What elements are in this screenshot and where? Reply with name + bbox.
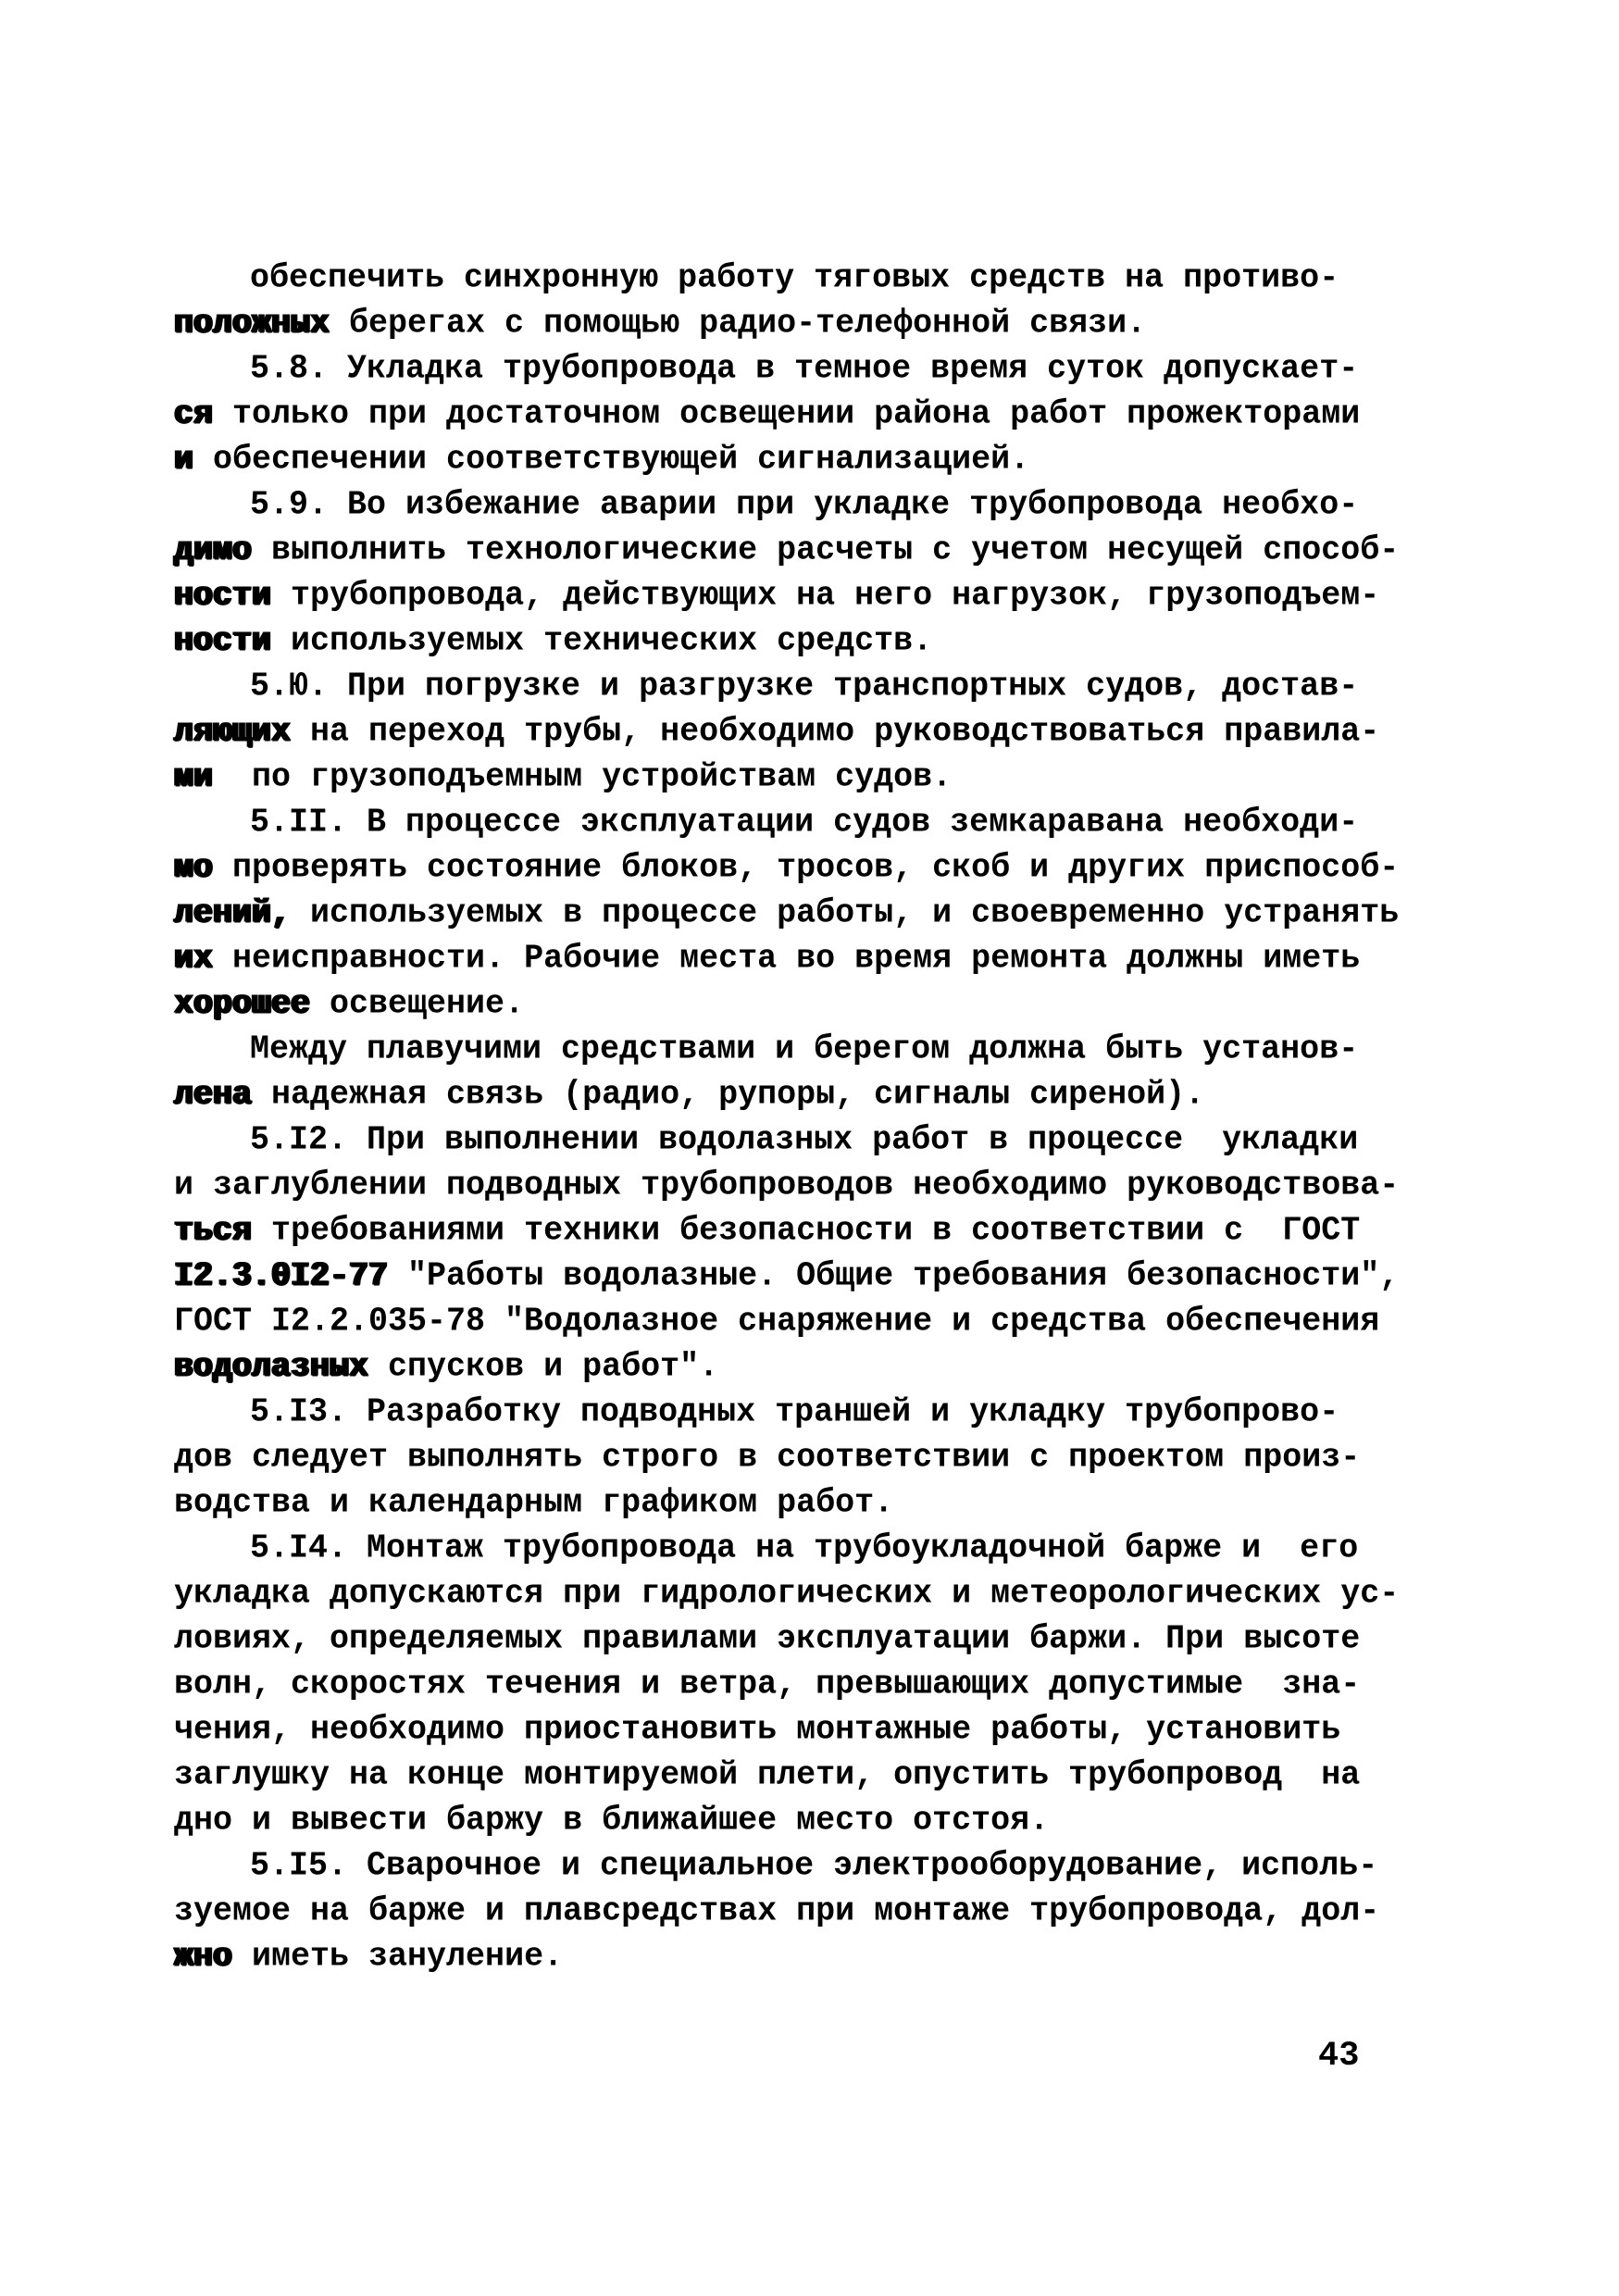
- ink-smudge-word: лена: [174, 1075, 252, 1114]
- text-line: ности трубопровода, действующих на него …: [174, 572, 1442, 619]
- text-line: димо выполнить технологические расчеты с…: [174, 527, 1442, 574]
- text-line: 5.Ю. При погрузке и разгрузке транспортн…: [174, 663, 1442, 710]
- text-line: лений, используемых в процессе работы, и…: [174, 890, 1442, 937]
- text-line: ловиях, определяемых правилами эксплуата…: [174, 1616, 1442, 1663]
- ink-smudge-word: ляющих: [174, 712, 291, 751]
- text-line: ляющих на переход трубы, необходимо руко…: [174, 708, 1442, 755]
- ink-smudge-word: ся: [174, 394, 213, 433]
- text-line: укладка допускаются при гидрологических …: [174, 1570, 1442, 1617]
- text-line: хорошее освещение.: [174, 980, 1442, 1028]
- ink-smudge-word: лений,: [174, 893, 291, 932]
- text-line: водолазных спусков и работ".: [174, 1343, 1442, 1391]
- text-line: ми по грузоподъемным устройствам судов.: [174, 754, 1442, 801]
- text-line: заглушку на конце монтируемой плети, опу…: [174, 1752, 1442, 1799]
- text-line: ГОСТ I2.2.035-78 "Водолазное снаряжение …: [174, 1298, 1442, 1345]
- text-line: 5.I4. Монтаж трубопровода на трубоукладо…: [174, 1525, 1442, 1572]
- ink-smudge-word: ться: [174, 1211, 252, 1250]
- text-line: и обеспечении соответствующей сигнализац…: [174, 436, 1442, 483]
- text-line: волн, скоростях течения и ветра, превыша…: [174, 1661, 1442, 1708]
- text-line: 5.9. Во избежание аварии при укладке тру…: [174, 481, 1442, 529]
- text-line: ности используемых технических средств.: [174, 618, 1442, 665]
- text-line: дно и вывести баржу в ближайшее место от…: [174, 1797, 1442, 1844]
- text-line: зуемое на барже и плавсредствах при монт…: [174, 1888, 1442, 1935]
- ink-smudge-word: их: [174, 939, 213, 978]
- ink-smudge-word: мо: [174, 848, 213, 887]
- text-line: I2.3.0I2-77 "Работы водолазные. Общие тр…: [174, 1253, 1442, 1300]
- text-line: ться требованиями техники безопасности в…: [174, 1207, 1442, 1254]
- ink-smudge-word: ми: [174, 757, 213, 796]
- text-line: лена надежная связь (радио, рупоры, сигн…: [174, 1071, 1442, 1118]
- text-line: обеспечить синхронную работу тяговых сре…: [174, 255, 1442, 302]
- text-line: Между плавучими средствами и берегом дол…: [174, 1026, 1442, 1073]
- text-line: 5.I5. Сварочное и специальное электрообо…: [174, 1842, 1442, 1890]
- ink-smudge-word: хорошее: [174, 984, 310, 1023]
- document-page: обеспечить синхронную работу тяговых сре…: [0, 0, 1619, 2296]
- ink-smudge-word: жно: [174, 1937, 232, 1976]
- text-line: положных берегах с помощью радио-телефон…: [174, 300, 1442, 347]
- text-line: 5.I2. При выполнении водолазных работ в …: [174, 1117, 1442, 1164]
- ink-smudge-word: димо: [174, 530, 252, 569]
- text-line: мо проверять состояние блоков, тросов, с…: [174, 844, 1442, 892]
- text-line: дов следует выполнять строго в соответст…: [174, 1434, 1442, 1481]
- text-line: чения, необходимо приостановить монтажны…: [174, 1706, 1442, 1753]
- text-line: водства и календарным графиком работ.: [174, 1479, 1442, 1527]
- text-line: 5.I3. Разработку подводных траншей и укл…: [174, 1389, 1442, 1436]
- text-lines: обеспечить синхронную работу тяговых сре…: [174, 256, 1442, 1979]
- ink-smudge-word: положных: [174, 304, 330, 343]
- text-line: ся только при достаточном освещении райо…: [174, 391, 1442, 438]
- ink-smudge-word: водолазных: [174, 1347, 368, 1386]
- ink-smudge-word: ности: [174, 576, 271, 615]
- page-number: 43: [1318, 2037, 1359, 2076]
- text-line: 5.8. Укладка трубопровода в темное время…: [174, 345, 1442, 393]
- ink-smudge-word: ности: [174, 621, 271, 660]
- ink-smudge-word: и: [174, 440, 193, 479]
- text-line: 5.II. В процессе эксплуатации судов земк…: [174, 799, 1442, 846]
- text-line: жно иметь зануление.: [174, 1933, 1442, 1980]
- text-line: и заглублении подводных трубопроводов не…: [174, 1162, 1442, 1209]
- text-line: их неисправности. Рабочие места во время…: [174, 935, 1442, 982]
- ink-smudge-word: I2.3.0I2-77: [174, 1256, 388, 1295]
